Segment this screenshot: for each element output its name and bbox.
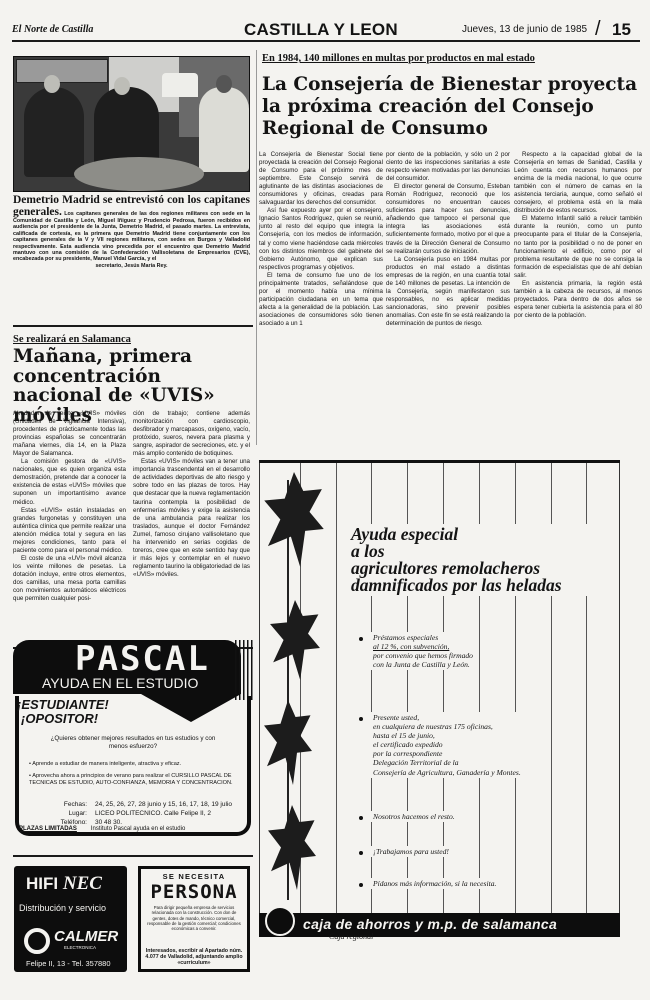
detail-row: Fechas:24, 25, 26, 27, 28 junio y 15, 16… bbox=[53, 800, 232, 809]
newspaper-name: El Norte de Castilla bbox=[12, 24, 93, 35]
job-ad-body: Para dirigir pequeña empresa de servicio… bbox=[144, 905, 244, 931]
caja-signature: Caja regional bbox=[329, 932, 373, 941]
paragraph: Así fue expuesto ayer por el consejero, … bbox=[259, 207, 383, 271]
column-rule bbox=[256, 50, 257, 445]
nec-address: Felipe II, 13 - Tel. 357880 bbox=[26, 959, 111, 968]
paragraph: La Consejería de Bienestar Social tiene … bbox=[259, 151, 383, 207]
uvis-column-2: ción de trabajo; contiene además monitor… bbox=[133, 410, 250, 579]
calmer-name: CALMER bbox=[54, 928, 118, 945]
pascal-details: Fechas:24, 25, 26, 27, 28 junio y 15, 16… bbox=[53, 800, 232, 827]
caja-advertisement: Ayuda especial a los agricultores remola… bbox=[259, 460, 644, 938]
paragraph: En asistencia primaria, la región está t… bbox=[514, 280, 642, 320]
caption-body: Los capitanes generales de las dos regio… bbox=[13, 211, 250, 262]
nec-advertisement: HIFI NEC Distribución y servicio CALMER … bbox=[14, 866, 127, 972]
caption-last-line: secretario, Jesús María Rey. bbox=[13, 263, 250, 269]
bullet-icon bbox=[359, 816, 363, 820]
paragraph: La Consejería puso en 1984 multas por pr… bbox=[386, 256, 510, 328]
caja-brand: caja de ahorros y m.p. de salamanca bbox=[303, 916, 557, 932]
nec-brand: HIFI NEC bbox=[26, 873, 102, 895]
pascal-line-estudiante: ¡ESTUDIANTE! bbox=[17, 697, 109, 712]
bullet-icon bbox=[359, 851, 363, 855]
page-number: 15 bbox=[612, 20, 631, 40]
paragraph: Estas «UVIS» están instaladas en grandes… bbox=[13, 507, 126, 555]
calmer-sub: ELECTRONICA bbox=[64, 945, 96, 950]
paragraph: La comisión gestora de «UVIS» nacionales… bbox=[13, 458, 126, 506]
job-advertisement: SE NECESITA PERSONA Para dirigir pequeña… bbox=[138, 866, 250, 972]
paragraph: Alrededor de veinte «UVIS» móviles (Unid… bbox=[13, 410, 126, 458]
uvis-kicker: Se realizará en Salamanca bbox=[13, 334, 131, 345]
pascal-bullet: • Aprende a estudiar de manera inteligen… bbox=[29, 761, 241, 767]
caja-item: Presente usted,en cualquiera de nuestras… bbox=[371, 712, 523, 778]
paragraph: Respecto a la capacidad global de la Con… bbox=[514, 151, 642, 215]
page-separator: / bbox=[595, 18, 601, 41]
photo-caption: Demetrio Madrid se entrevistó con los ca… bbox=[13, 194, 250, 269]
uvis-column-1: Alrededor de veinte «UVIS» móviles (Unid… bbox=[13, 410, 126, 603]
job-ad-title: PERSONA bbox=[141, 881, 247, 903]
divider bbox=[13, 855, 253, 857]
consumo-column-2: por ciento de la población, y sólo un 2 … bbox=[386, 151, 510, 328]
consumo-column-3: Respecto a la capacidad global de la Con… bbox=[514, 151, 642, 320]
pascal-bullet: • Aprovecha ahora a principios de verano… bbox=[29, 773, 241, 786]
detail-row: Lugar:LICEO POLITECNICO. Calle Felipe II… bbox=[53, 809, 232, 818]
job-ad-heading: SE NECESITA bbox=[141, 872, 247, 881]
job-ad-contact: Interesados, escribir al Apartado núm. 4… bbox=[144, 948, 244, 967]
consumo-headline: La Consejería de Bienestar proyecta la p… bbox=[262, 74, 642, 140]
news-photo bbox=[13, 56, 250, 192]
pascal-line-opositor: ¡OPOSITOR! bbox=[21, 711, 98, 726]
section-title: CASTILLA Y LEON bbox=[244, 20, 398, 40]
caja-headline: Ayuda especial a los agricultores remola… bbox=[351, 524, 611, 596]
calmer-logo-icon bbox=[24, 928, 50, 954]
pascal-advertisement: PASCAL AYUDA EN EL ESTUDIO ¡ESTUDIANTE! … bbox=[13, 640, 253, 837]
bullet-icon bbox=[359, 637, 363, 641]
divider bbox=[13, 325, 253, 327]
globe-logo-icon bbox=[265, 906, 295, 936]
consumo-kicker: En 1984, 140 millones en multas por prod… bbox=[262, 53, 535, 64]
paragraph: El tema de consumo fue uno de los princi… bbox=[259, 272, 383, 328]
bullet-icon bbox=[359, 883, 363, 887]
paragraph: El Materno Infantil salió a relucir tamb… bbox=[514, 215, 642, 279]
paragraph: El director general de Consumo, Esteban … bbox=[386, 183, 510, 255]
bullet-icon bbox=[359, 717, 363, 721]
caja-item: Pídanos más información, si la necesita. bbox=[371, 878, 498, 889]
paragraph: El coste de una «UVI» móvil alcanza los … bbox=[13, 555, 126, 603]
paragraph: por ciento de la población, y sólo un 2 … bbox=[386, 151, 510, 183]
pascal-footer: PLAZAS LIMITADASInstituto Pascal ayuda e… bbox=[19, 826, 185, 832]
pascal-logo: PASCAL bbox=[75, 639, 210, 679]
paragraph: ción de trabajo; contiene además monitor… bbox=[133, 410, 250, 458]
masthead: El Norte de Castilla CASTILLA Y LEON Jue… bbox=[12, 20, 640, 42]
paragraph: Estas «UVIS» móviles van a tener una imp… bbox=[133, 458, 250, 579]
caja-item: ¡Trabajamos para usted! bbox=[371, 846, 451, 857]
caja-item: Préstamos especialesal 12 %, con subvenc… bbox=[371, 632, 475, 670]
pascal-question: ¿Quieres obtener mejores resultados en t… bbox=[43, 735, 223, 751]
issue-date: Jueves, 13 de junio de 1985 bbox=[462, 24, 587, 35]
consumo-column-1: La Consejería de Bienestar Social tiene … bbox=[259, 151, 383, 328]
caja-item: Nosotros hacemos el resto. bbox=[371, 811, 457, 822]
nec-subtitle: Distribución y servicio bbox=[19, 903, 106, 913]
pascal-tagline: AYUDA EN EL ESTUDIO bbox=[42, 675, 198, 691]
